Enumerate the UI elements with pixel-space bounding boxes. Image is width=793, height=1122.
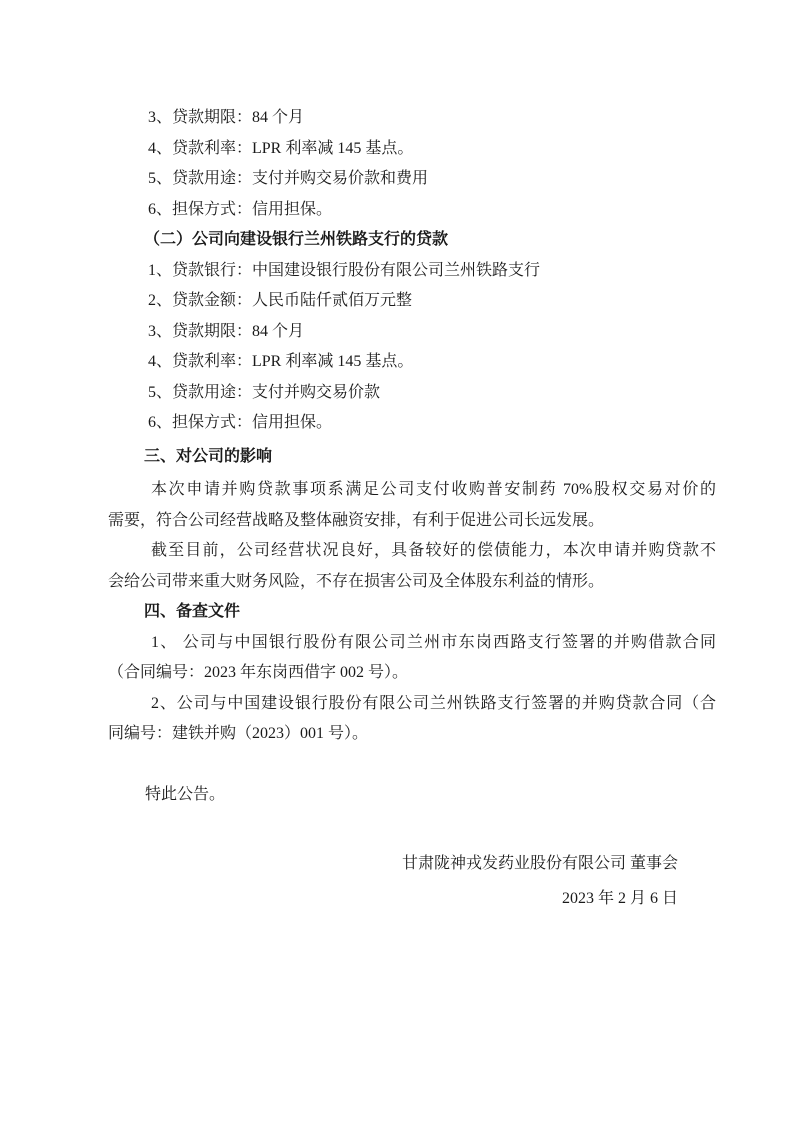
reference-item1-line1: 1、 公司与中国银行股份有限公司兰州市东岗西路支行签署的并购借款合同 — [108, 628, 716, 659]
loan-ccb-heading: （二）公司向建设银行兰州铁路支行的贷款 — [108, 225, 716, 256]
signature-block: 甘肃陇神戎发药业股份有限公司 董事会 2023 年 2 月 6 日 — [108, 846, 716, 916]
document-body: 3、贷款期限：84 个月 4、贷款利率：LPR 利率减 145 基点。 5、贷款… — [108, 103, 716, 916]
impact-heading: 三、对公司的影响 — [108, 442, 716, 473]
signature-date: 2023 年 2 月 6 日 — [108, 881, 678, 916]
loan-ccb-item-rate: 4、贷款利率：LPR 利率减 145 基点。 — [108, 347, 716, 378]
closing-line: 特此公告。 — [108, 780, 716, 811]
reference-heading: 四、备查文件 — [108, 597, 716, 628]
impact-section: 三、对公司的影响 本次申请并购贷款事项系满足公司支付收购普安制药 70%股权交易… — [108, 442, 716, 598]
impact-para1-line2: 需要，符合公司经营战略及整体融资安排，有利于促进公司长远发展。 — [108, 506, 716, 537]
loan-ccb-item-guarantee: 6、担保方式：信用担保。 — [108, 408, 716, 439]
reference-item2-line1: 2、公司与中国建设银行股份有限公司兰州铁路支行签署的并购贷款合同（合 — [108, 689, 716, 720]
blank-line — [108, 811, 716, 846]
loan-ccb-item-bank: 1、贷款银行：中国建设银行股份有限公司兰州铁路支行 — [108, 256, 716, 287]
reference-docs-section: 四、备查文件 1、 公司与中国银行股份有限公司兰州市东岗西路支行签署的并购借款合… — [108, 597, 716, 750]
impact-para1-line1: 本次申请并购贷款事项系满足公司支付收购普安制药 70%股权交易对价的 — [108, 475, 716, 506]
loan-boc-item-term: 3、贷款期限：84 个月 — [108, 103, 716, 134]
loan-ccb-item-purpose: 5、贷款用途：支付并购交易价款 — [108, 378, 716, 409]
reference-item2-line2: 同编号：建铁并购（2023）001 号）。 — [108, 719, 716, 750]
announcement-page: 3、贷款期限：84 个月 4、贷款利率：LPR 利率减 145 基点。 5、贷款… — [0, 0, 793, 1122]
blank-line — [108, 750, 716, 781]
reference-item1-line2: （合同编号：2023 年东岗西借字 002 号）。 — [108, 658, 716, 689]
loan-boc-item-guarantee: 6、担保方式：信用担保。 — [108, 195, 716, 226]
impact-para2-line1: 截至目前，公司经营状况良好，具备较好的偿债能力，本次申请并购贷款不 — [108, 536, 716, 567]
loan-boc-items: 3、贷款期限：84 个月 4、贷款利率：LPR 利率减 145 基点。 5、贷款… — [108, 103, 716, 225]
impact-para2-line2: 会给公司带来重大财务风险，不存在损害公司及全体股东利益的情形。 — [108, 567, 716, 598]
loan-boc-item-rate: 4、贷款利率：LPR 利率减 145 基点。 — [108, 134, 716, 165]
loan-ccb-item-amount: 2、贷款金额：人民币陆仟贰佰万元整 — [108, 286, 716, 317]
loan-ccb-item-term: 3、贷款期限：84 个月 — [108, 317, 716, 348]
loan-ccb-section: （二）公司向建设银行兰州铁路支行的贷款 1、贷款银行：中国建设银行股份有限公司兰… — [108, 225, 716, 439]
signature-company: 甘肃陇神戎发药业股份有限公司 董事会 — [108, 846, 678, 881]
loan-boc-item-purpose: 5、贷款用途：支付并购交易价款和费用 — [108, 164, 716, 195]
